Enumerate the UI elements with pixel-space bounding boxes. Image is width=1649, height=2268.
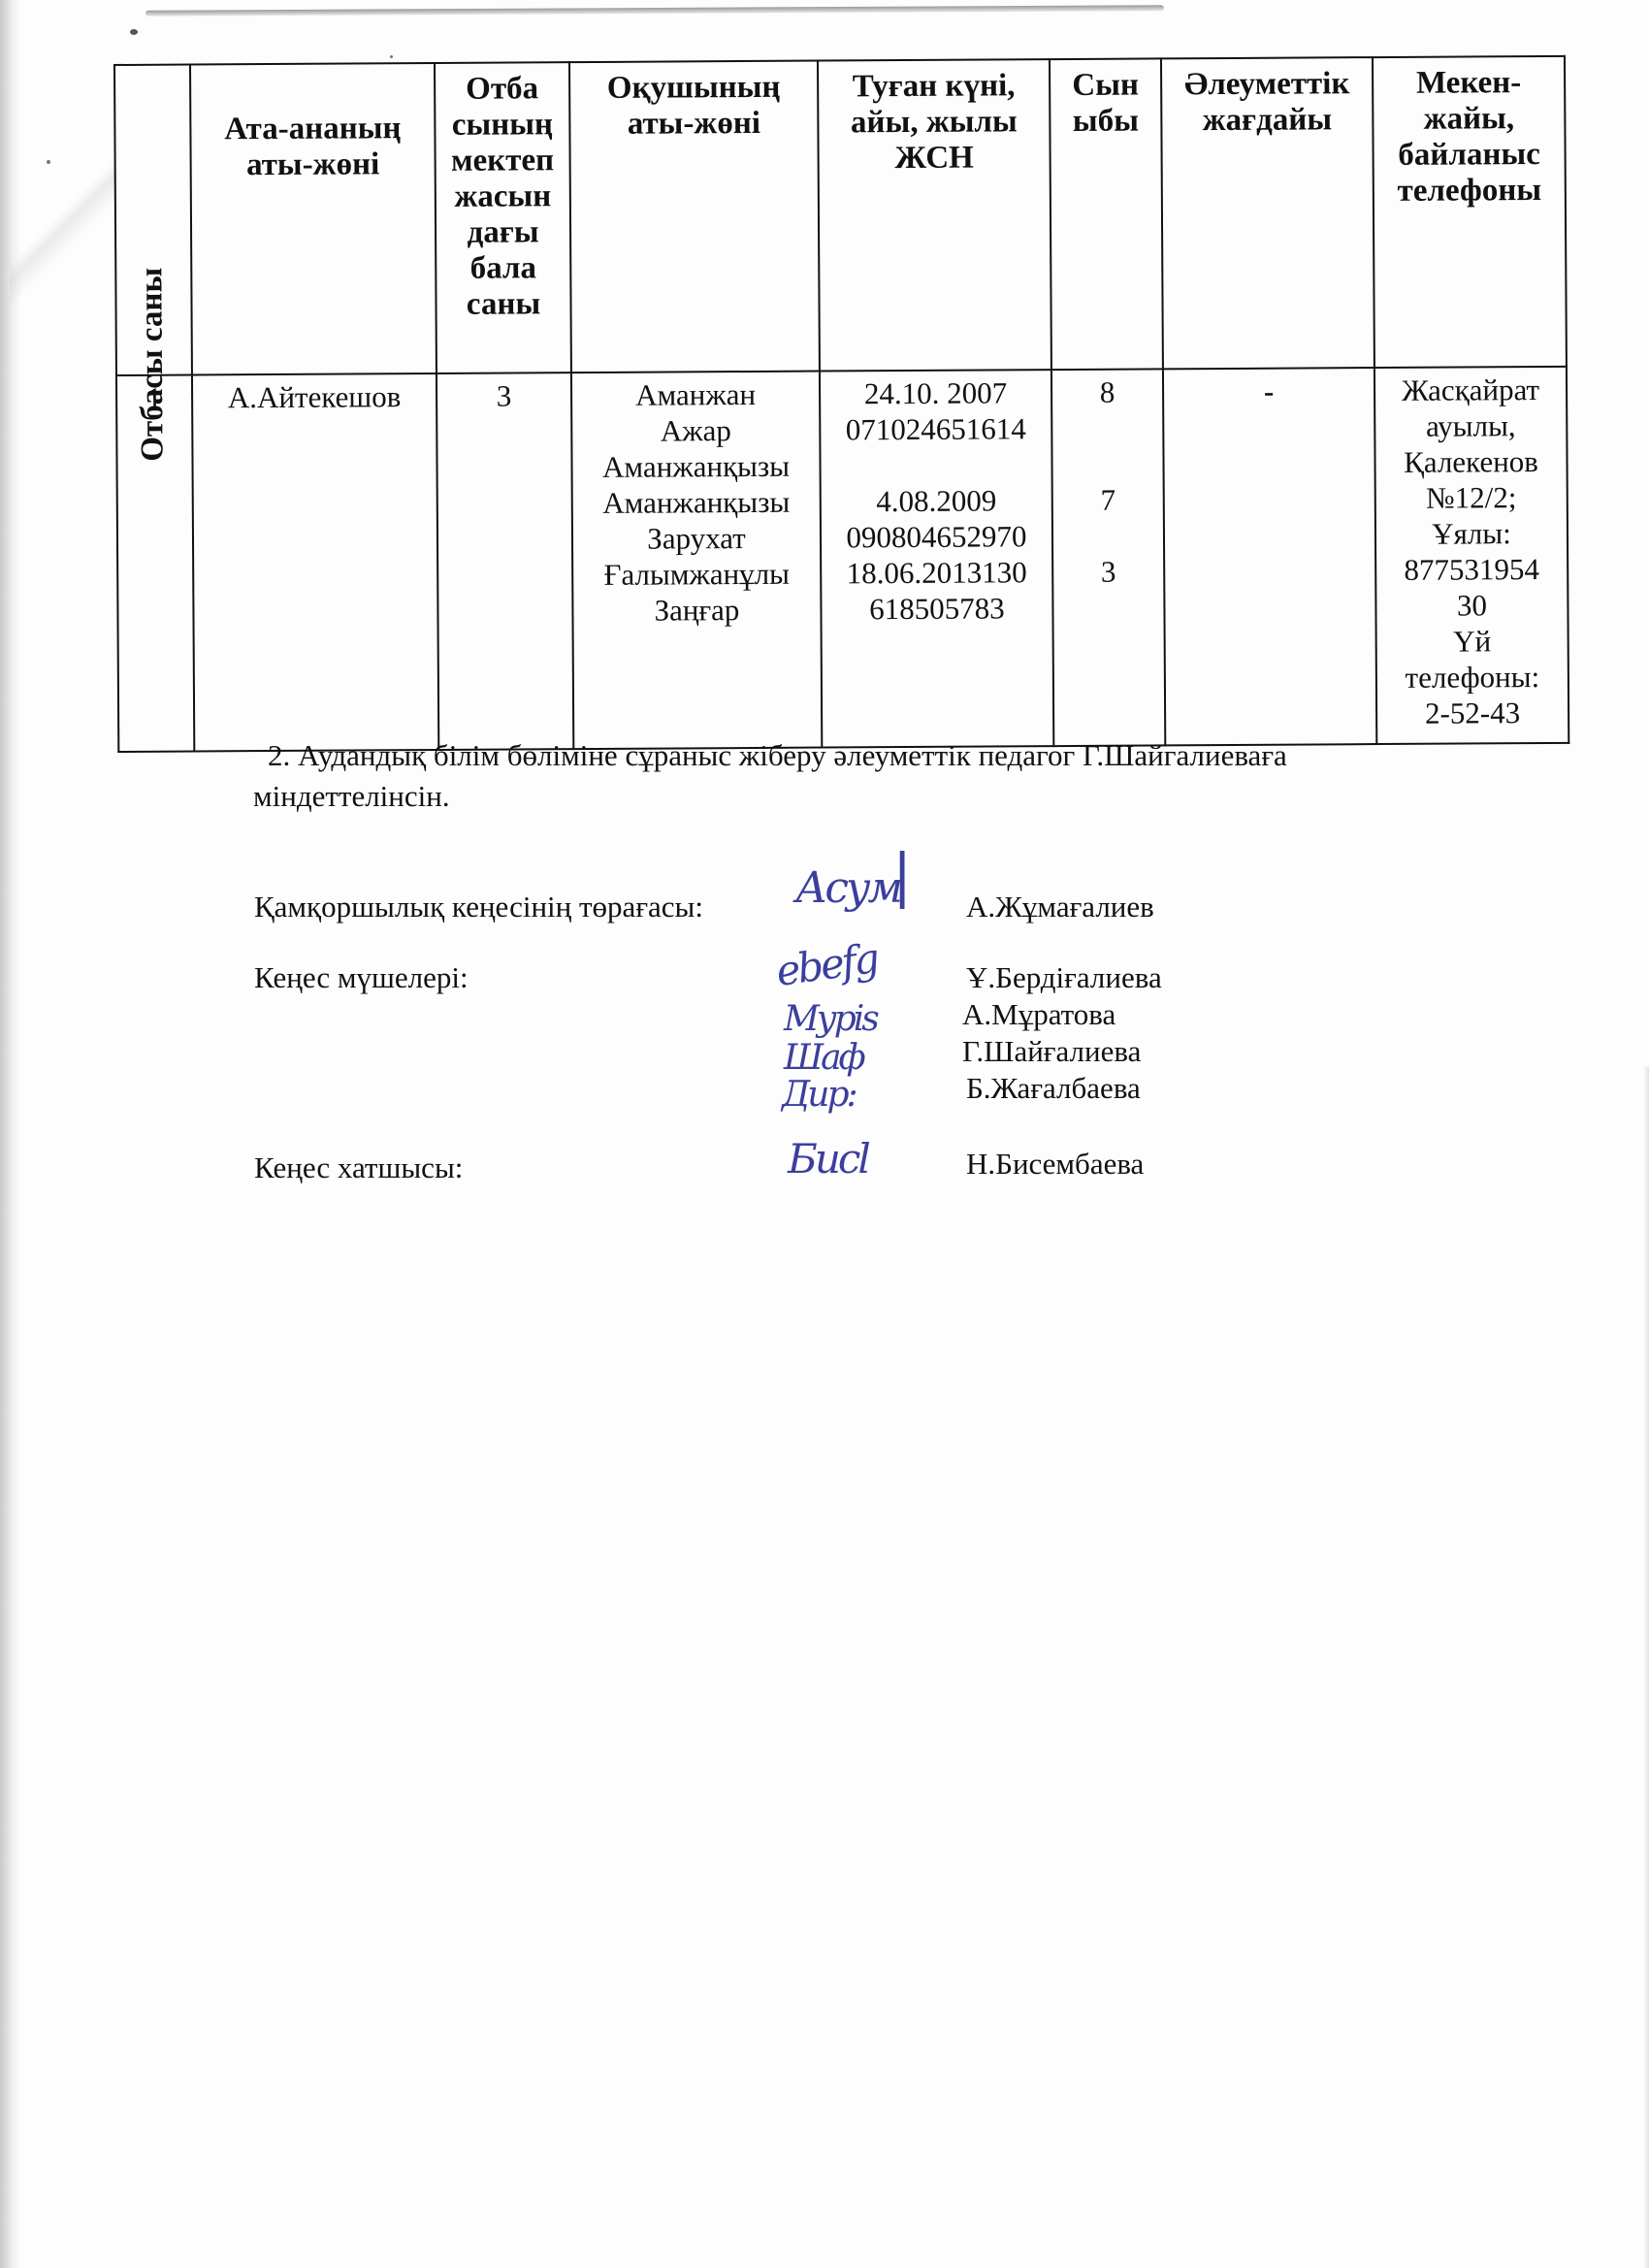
members-label: Кеңес мүшелері: <box>254 960 469 995</box>
member-name-3: Г.Шайғалиева <box>962 1034 1141 1069</box>
member-name-1: Ұ.Бердіғалиева <box>966 960 1162 995</box>
family-table: Отбасы саны Ата-ананың аты-жөні Отба сын… <box>113 55 1569 753</box>
cell-students: Аманжан Ажар Аманжанқызы Аманжанқызы Зар… <box>571 372 822 750</box>
member-signature-3: Шаф <box>784 1038 863 1078</box>
signature-stroke: | <box>892 842 909 910</box>
student-line: Заңғар <box>573 592 820 630</box>
header-address-phone: Мекен- жайы, байланыс телефоны <box>1373 56 1567 368</box>
secretary-signature: Бисl <box>788 1135 868 1183</box>
scan-speck <box>390 55 393 58</box>
header-family-count: Отбасы саны <box>114 65 192 375</box>
birth-line: 618505783 <box>822 590 1051 627</box>
chairman-signature: Асум <box>795 863 900 913</box>
student-line: Зарухат <box>573 520 820 558</box>
grade-line: 7 <box>1053 481 1163 518</box>
chairman-label: Қамқоршылық кеңесінің төрағасы: <box>254 890 703 924</box>
student-line: Аманжан <box>572 376 819 414</box>
birth-line: 4.08.2009 <box>822 482 1051 519</box>
scan-speck <box>47 160 50 164</box>
grade-line: 8 <box>1052 373 1162 410</box>
member-signature-4: Дир: <box>782 1075 856 1115</box>
member-name-4: Б.Жағалбаева <box>966 1071 1141 1106</box>
scan-shadow-top <box>145 5 1164 16</box>
scan-shadow-right <box>1643 1067 1649 2268</box>
header-birth-date-iin: Туған күні, айы, жылы ЖСН <box>818 59 1051 371</box>
decision-paragraph: 2. Аудандық білім бөліміне сұраныс жібер… <box>253 735 1437 817</box>
cell-parent-name: А.Айтекешов <box>192 373 438 752</box>
student-line: Ғалымжанұлы <box>573 556 820 594</box>
cell-grades: 8 7 3 <box>1051 369 1165 746</box>
scan-fold-shadow <box>10 107 116 349</box>
paragraph-line-1: 2. Аудандық білім бөліміне сұраныс жібер… <box>253 735 1437 776</box>
table-row: 1 А.Айтекешов 3 Аманжан Ажар Аманжанқызы… <box>116 367 1568 752</box>
birth-line: 24.10. 2007 <box>821 374 1051 411</box>
cell-social-status: - <box>1163 368 1376 745</box>
header-social-status: Әлеуметтік жағдайы <box>1161 57 1374 369</box>
birth-line: 071024651614 <box>821 410 1051 447</box>
scan-speck <box>130 29 138 35</box>
birth-line: 090804652970 <box>822 518 1051 555</box>
chairman-name: А.Жұмағалиев <box>966 890 1154 924</box>
birth-line: 18.06.2013130 <box>822 554 1051 591</box>
secretary-label: Кеңес хатшысы: <box>254 1150 463 1185</box>
grade-line: 3 <box>1053 553 1163 590</box>
member-signature-2: Муріs <box>784 999 877 1039</box>
header-grade: Сын ыбы <box>1050 58 1163 370</box>
paragraph-line-2: міндеттелінсін. <box>253 776 1437 817</box>
header-parent-name: Ата-ананың аты-жөні <box>190 63 436 375</box>
cell-school-age-children: 3 <box>436 373 573 750</box>
secretary-name: Н.Бисембаева <box>966 1147 1144 1182</box>
member-name-2: А.Мұратова <box>962 997 1115 1032</box>
student-line: Ажар <box>572 412 819 450</box>
table-header-row: Отбасы саны Ата-ананың аты-жөні Отба сын… <box>114 56 1567 375</box>
student-line: Аманжанқызы <box>573 484 820 522</box>
member-signature-1: ebefg <box>773 934 880 995</box>
birth-gap <box>821 446 1051 483</box>
cell-birth-dates: 24.10. 2007 071024651614 4.08.2009 09080… <box>820 370 1053 747</box>
header-student-name: Оқушының аты-жөні <box>569 61 820 373</box>
student-line: Аманжанқызы <box>572 448 819 486</box>
header-school-age-children: Отба сының мектеп жасын дағы бала саны <box>435 62 571 373</box>
cell-address-phone: Жасқайрат ауылы, Қалекенов №12/2; Ұялы: … <box>1374 367 1568 744</box>
